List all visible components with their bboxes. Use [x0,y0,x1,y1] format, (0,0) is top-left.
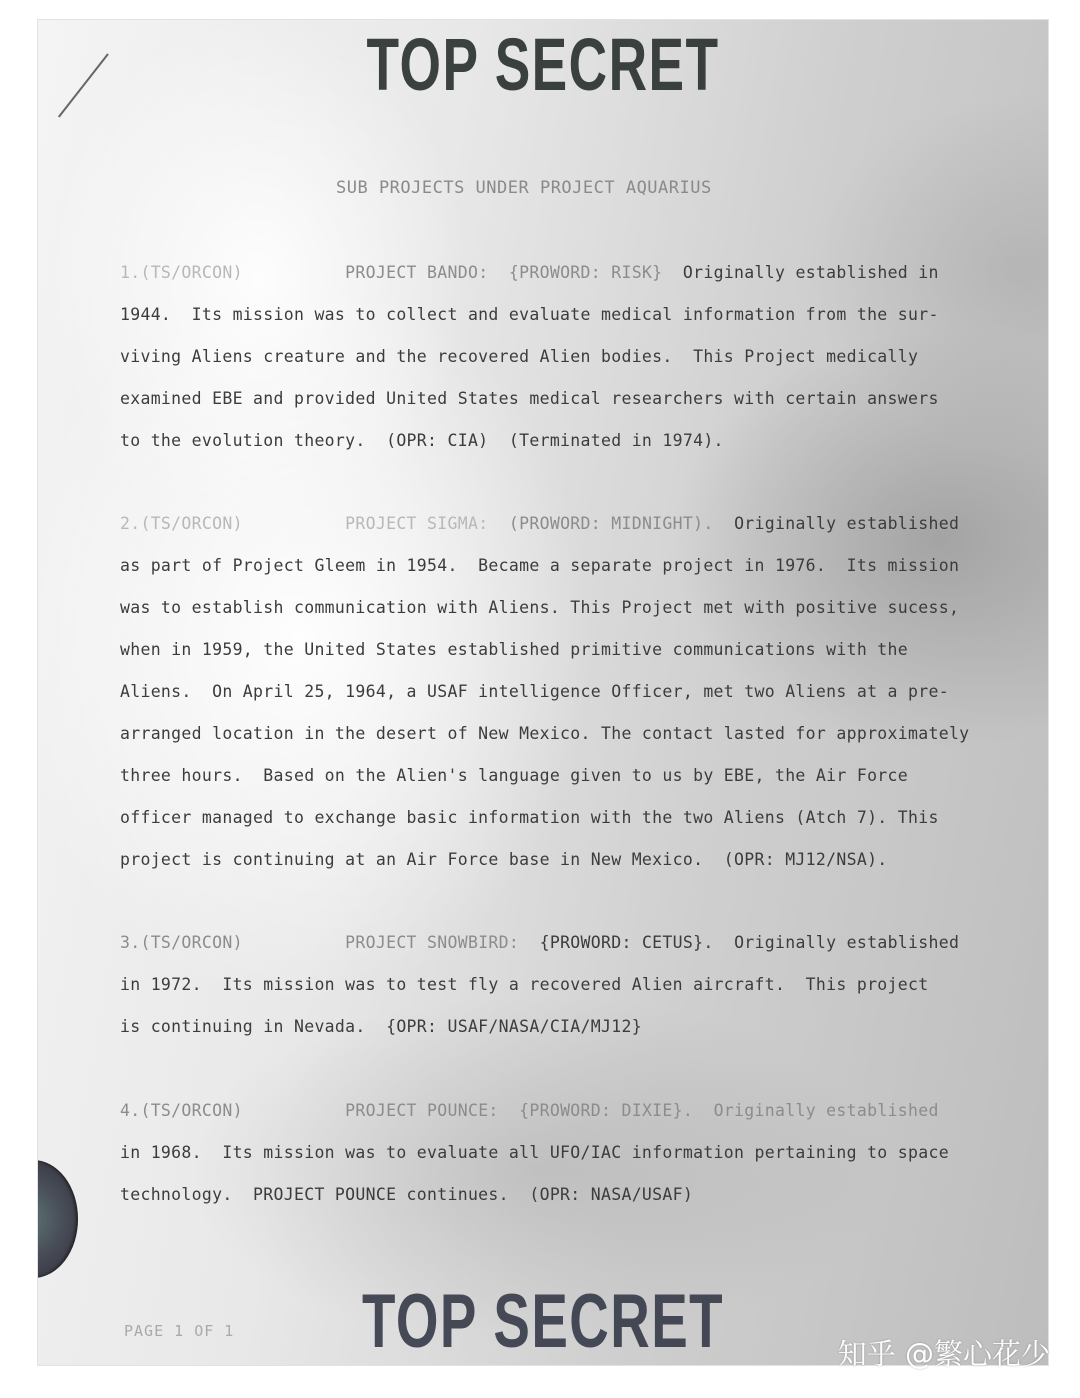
section-text-line: examined EBE and provided United States … [120,378,1000,420]
section-text-line: project is continuing at an Air Force ba… [120,839,1000,881]
section-project-pounce: 4.(TS/ORCON) PROJECT POUNCE: {PROWORD: D… [120,1090,1000,1216]
section-text-line: Originally established [714,1101,939,1120]
document-title: SUB PROJECTS UNDER PROJECT AQUARIUS [336,178,712,198]
coin-icon [38,1160,78,1278]
section-text-line: arranged location in the desert of New M… [120,713,1000,755]
section-classification: (TS/ORCON) [140,933,242,952]
section-project-snowbird: 3.(TS/ORCON) PROJECT SNOWBIRD: {PROWORD:… [120,922,1000,1048]
section-text-line: to the evolution theory. (OPR: CIA) (Ter… [120,420,1000,462]
section-text-line: officer managed to exchange basic inform… [120,797,1000,839]
section-proword: {PROWORD: DIXIE}. [519,1101,693,1120]
section-project-sigma: 2.(TS/ORCON) PROJECT SIGMA: (PROWORD: MI… [120,503,1000,881]
section-text-line: 1944. Its mission was to collect and eva… [120,294,1000,336]
coin-object [38,1140,98,1300]
watermark: 知乎 @繁心花少 [838,1332,1050,1373]
top-secret-stamp-bottom: TOP SECRET [179,1278,906,1365]
section-text-line: Originally established [734,514,959,533]
section-project-name: PROJECT POUNCE: [345,1101,499,1120]
section-text-line: Originally established [734,933,959,952]
section-classification: (TS/ORCON) [140,1101,242,1120]
section-text-line: Originally established in [683,263,939,282]
section-classification: (TS/ORCON) [140,263,242,282]
section-heading-line: 4.(TS/ORCON) PROJECT POUNCE: {PROWORD: D… [120,1090,1000,1132]
section-text-line: is continuing in Nevada. {OPR: USAF/NASA… [120,1006,1000,1048]
section-text-line: as part of Project Gleem in 1954. Became… [120,545,1000,587]
section-project-bando: 1.(TS/ORCON) PROJECT BANDO: {PROWORD: RI… [120,252,1000,462]
section-heading-line: 2.(TS/ORCON) PROJECT SIGMA: (PROWORD: MI… [120,503,1000,545]
section-heading-line: 3.(TS/ORCON) PROJECT SNOWBIRD: {PROWORD:… [120,922,1000,964]
section-proword: (PROWORD: MIDNIGHT). [509,514,714,533]
top-secret-stamp-top: TOP SECRET [179,22,906,107]
section-number: 1. [120,263,140,282]
section-text-line: Aliens. On April 25, 1964, a USAF intell… [120,671,1000,713]
section-text-line: was to establish communication with Alie… [120,587,1000,629]
section-text-line: in 1972. Its mission was to test fly a r… [120,964,1000,1006]
document-page: TOP SECRET SUB PROJECTS UNDER PROJECT AQ… [38,20,1048,1365]
section-project-name: PROJECT SIGMA: [345,514,488,533]
section-text-line: viving Aliens creature and the recovered… [120,336,1000,378]
section-text-line: three hours. Based on the Alien's langua… [120,755,1000,797]
section-number: 2. [120,514,140,533]
section-number: 4. [120,1101,140,1120]
section-proword: {PROWORD: RISK} [509,263,663,282]
section-number: 3. [120,933,140,952]
section-project-name: PROJECT SNOWBIRD: [345,933,519,952]
section-text-line: technology. PROJECT POUNCE continues. (O… [120,1174,1000,1216]
section-proword: {PROWORD: CETUS}. [540,933,714,952]
section-project-name: PROJECT BANDO: [345,263,488,282]
section-classification: (TS/ORCON) [140,514,242,533]
section-text-line: when in 1959, the United States establis… [120,629,1000,671]
section-heading-line: 1.(TS/ORCON) PROJECT BANDO: {PROWORD: RI… [120,252,1000,294]
section-text-line: in 1968. Its mission was to evaluate all… [120,1132,1000,1174]
